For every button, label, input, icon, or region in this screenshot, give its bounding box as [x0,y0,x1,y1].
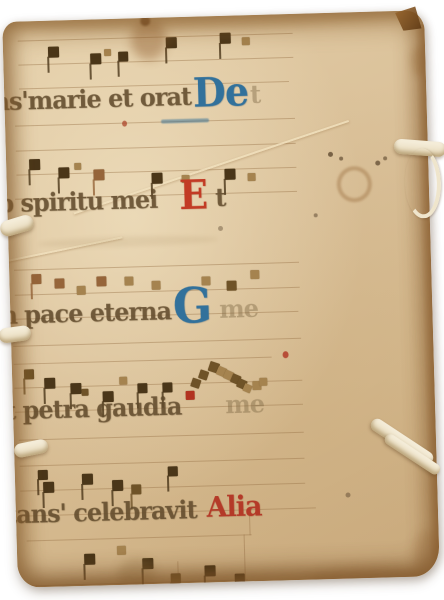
sewing-cord [0,325,32,344]
tie-loop [404,148,442,219]
photo-canvas: ns'marie et oratDetp spiritu meiEtn pace… [0,0,444,600]
sewing-cord [13,438,49,459]
sewing-cords-layer [2,10,440,588]
neume-stem [234,583,236,588]
sewing-cord [0,213,35,238]
book-cover: ns'marie et oratDetp spiritu meiEtn pace… [2,10,440,588]
sewing-cord [383,432,442,476]
